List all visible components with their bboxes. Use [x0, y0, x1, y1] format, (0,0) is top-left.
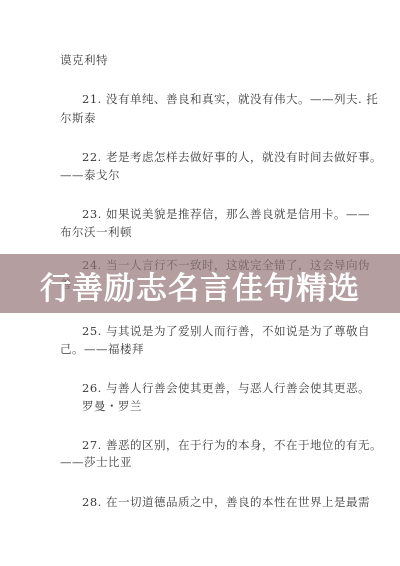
- banner-title: 行善励志名言佳句精选: [40, 263, 360, 308]
- quote-21: 21. 没有单纯、善良和真实，就没有伟大。——列夫. 托: [82, 92, 378, 106]
- quote-22: 22. 老是考虑怎样去做好事的人，就没有时间去做好事。: [82, 150, 382, 164]
- quote-21-author: 尔斯泰: [60, 111, 96, 125]
- quote-22-author: ——泰戈尔: [60, 168, 120, 182]
- quote-27-author: ——莎士比亚: [60, 455, 132, 469]
- text-line-author-democritus: 谟克利特: [60, 53, 108, 67]
- quote-26: 26. 与善人行善会使其更善，与恶人行善会使其更恶。: [82, 381, 370, 395]
- quote-25: 25. 与其说是为了爱别人而行善，不如说是为了尊敬自: [82, 324, 370, 338]
- quote-23: 23. 如果说美貌是推荐信，那么善良就是信用卡。——: [82, 207, 370, 221]
- quote-23-author: 布尔沃一利顿: [60, 225, 132, 239]
- quote-25-author: 己。——福楼拜: [60, 342, 144, 356]
- quote-28: 28. 在一切道德品质之中，善良的本性在世界上是最需: [82, 495, 370, 509]
- quote-26-author: 罗曼・罗兰: [82, 399, 142, 413]
- quote-27: 27. 善恶的区别，在于行为的本身，不在于地位的有无。: [82, 438, 382, 452]
- title-banner: 24. 当一人言行不一致时，这就完全错了，这会导向伪 善 行善励志名言佳句精选: [0, 254, 400, 313]
